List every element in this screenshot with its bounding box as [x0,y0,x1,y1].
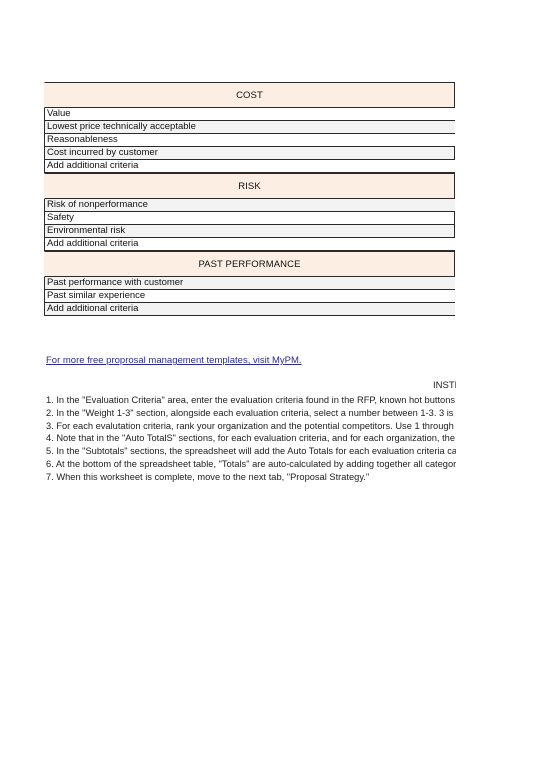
section-header-risk: RISK [44,173,455,199]
criteria-row[interactable]: Add additional criteria [44,238,455,251]
criteria-row[interactable]: Reasonableness [44,134,455,147]
instruction-line: 1. In the "Evaluation Criteria" area, en… [46,394,456,407]
criteria-row[interactable]: Past similar experience [44,290,455,303]
criteria-row[interactable]: Add additional criteria [44,160,455,173]
criteria-row[interactable]: Safety [44,212,455,225]
evaluation-criteria-table: COST Value Lowest price technically acce… [44,82,455,316]
criteria-row[interactable]: Value [44,108,455,121]
instruction-line: 5. In the "Subtotals" sections, the spre… [46,445,456,458]
instructions-list: 1. In the "Evaluation Criteria" area, en… [46,394,456,484]
section-header-cost: COST [44,82,455,108]
instructions-title: INSTRUCTIONS [433,380,456,391]
criteria-row[interactable]: Lowest price technically acceptable [44,121,455,134]
section-title: RISK [238,181,261,192]
criteria-row[interactable]: Add additional criteria [44,303,455,316]
criteria-row[interactable]: Cost incurred by customer [44,147,455,160]
instruction-line: 2. In the "Weight 1-3" section, alongsid… [46,407,456,420]
criteria-row[interactable]: Past performance with customer [44,277,455,290]
section-header-past-performance: PAST PERFORMANCE [44,251,455,277]
criteria-row[interactable]: Risk of nonperformance [44,199,455,212]
section-title: PAST PERFORMANCE [198,259,300,270]
section-title: COST [236,90,263,101]
instruction-line: 3. For each evalutation criteria, rank y… [46,420,456,433]
mypm-templates-link[interactable]: For more free proprosal management templ… [46,355,302,366]
instruction-line: 7. When this worksheet is complete, move… [46,471,456,484]
instruction-line: 6. At the bottom of the spreadsheet tabl… [46,458,456,471]
sheet-viewport: COST Value Lowest price technically acce… [0,0,456,777]
criteria-row[interactable]: Environmental risk [44,225,455,238]
instruction-line: 4. Note that in the "Auto TotalS" sectio… [46,432,456,445]
